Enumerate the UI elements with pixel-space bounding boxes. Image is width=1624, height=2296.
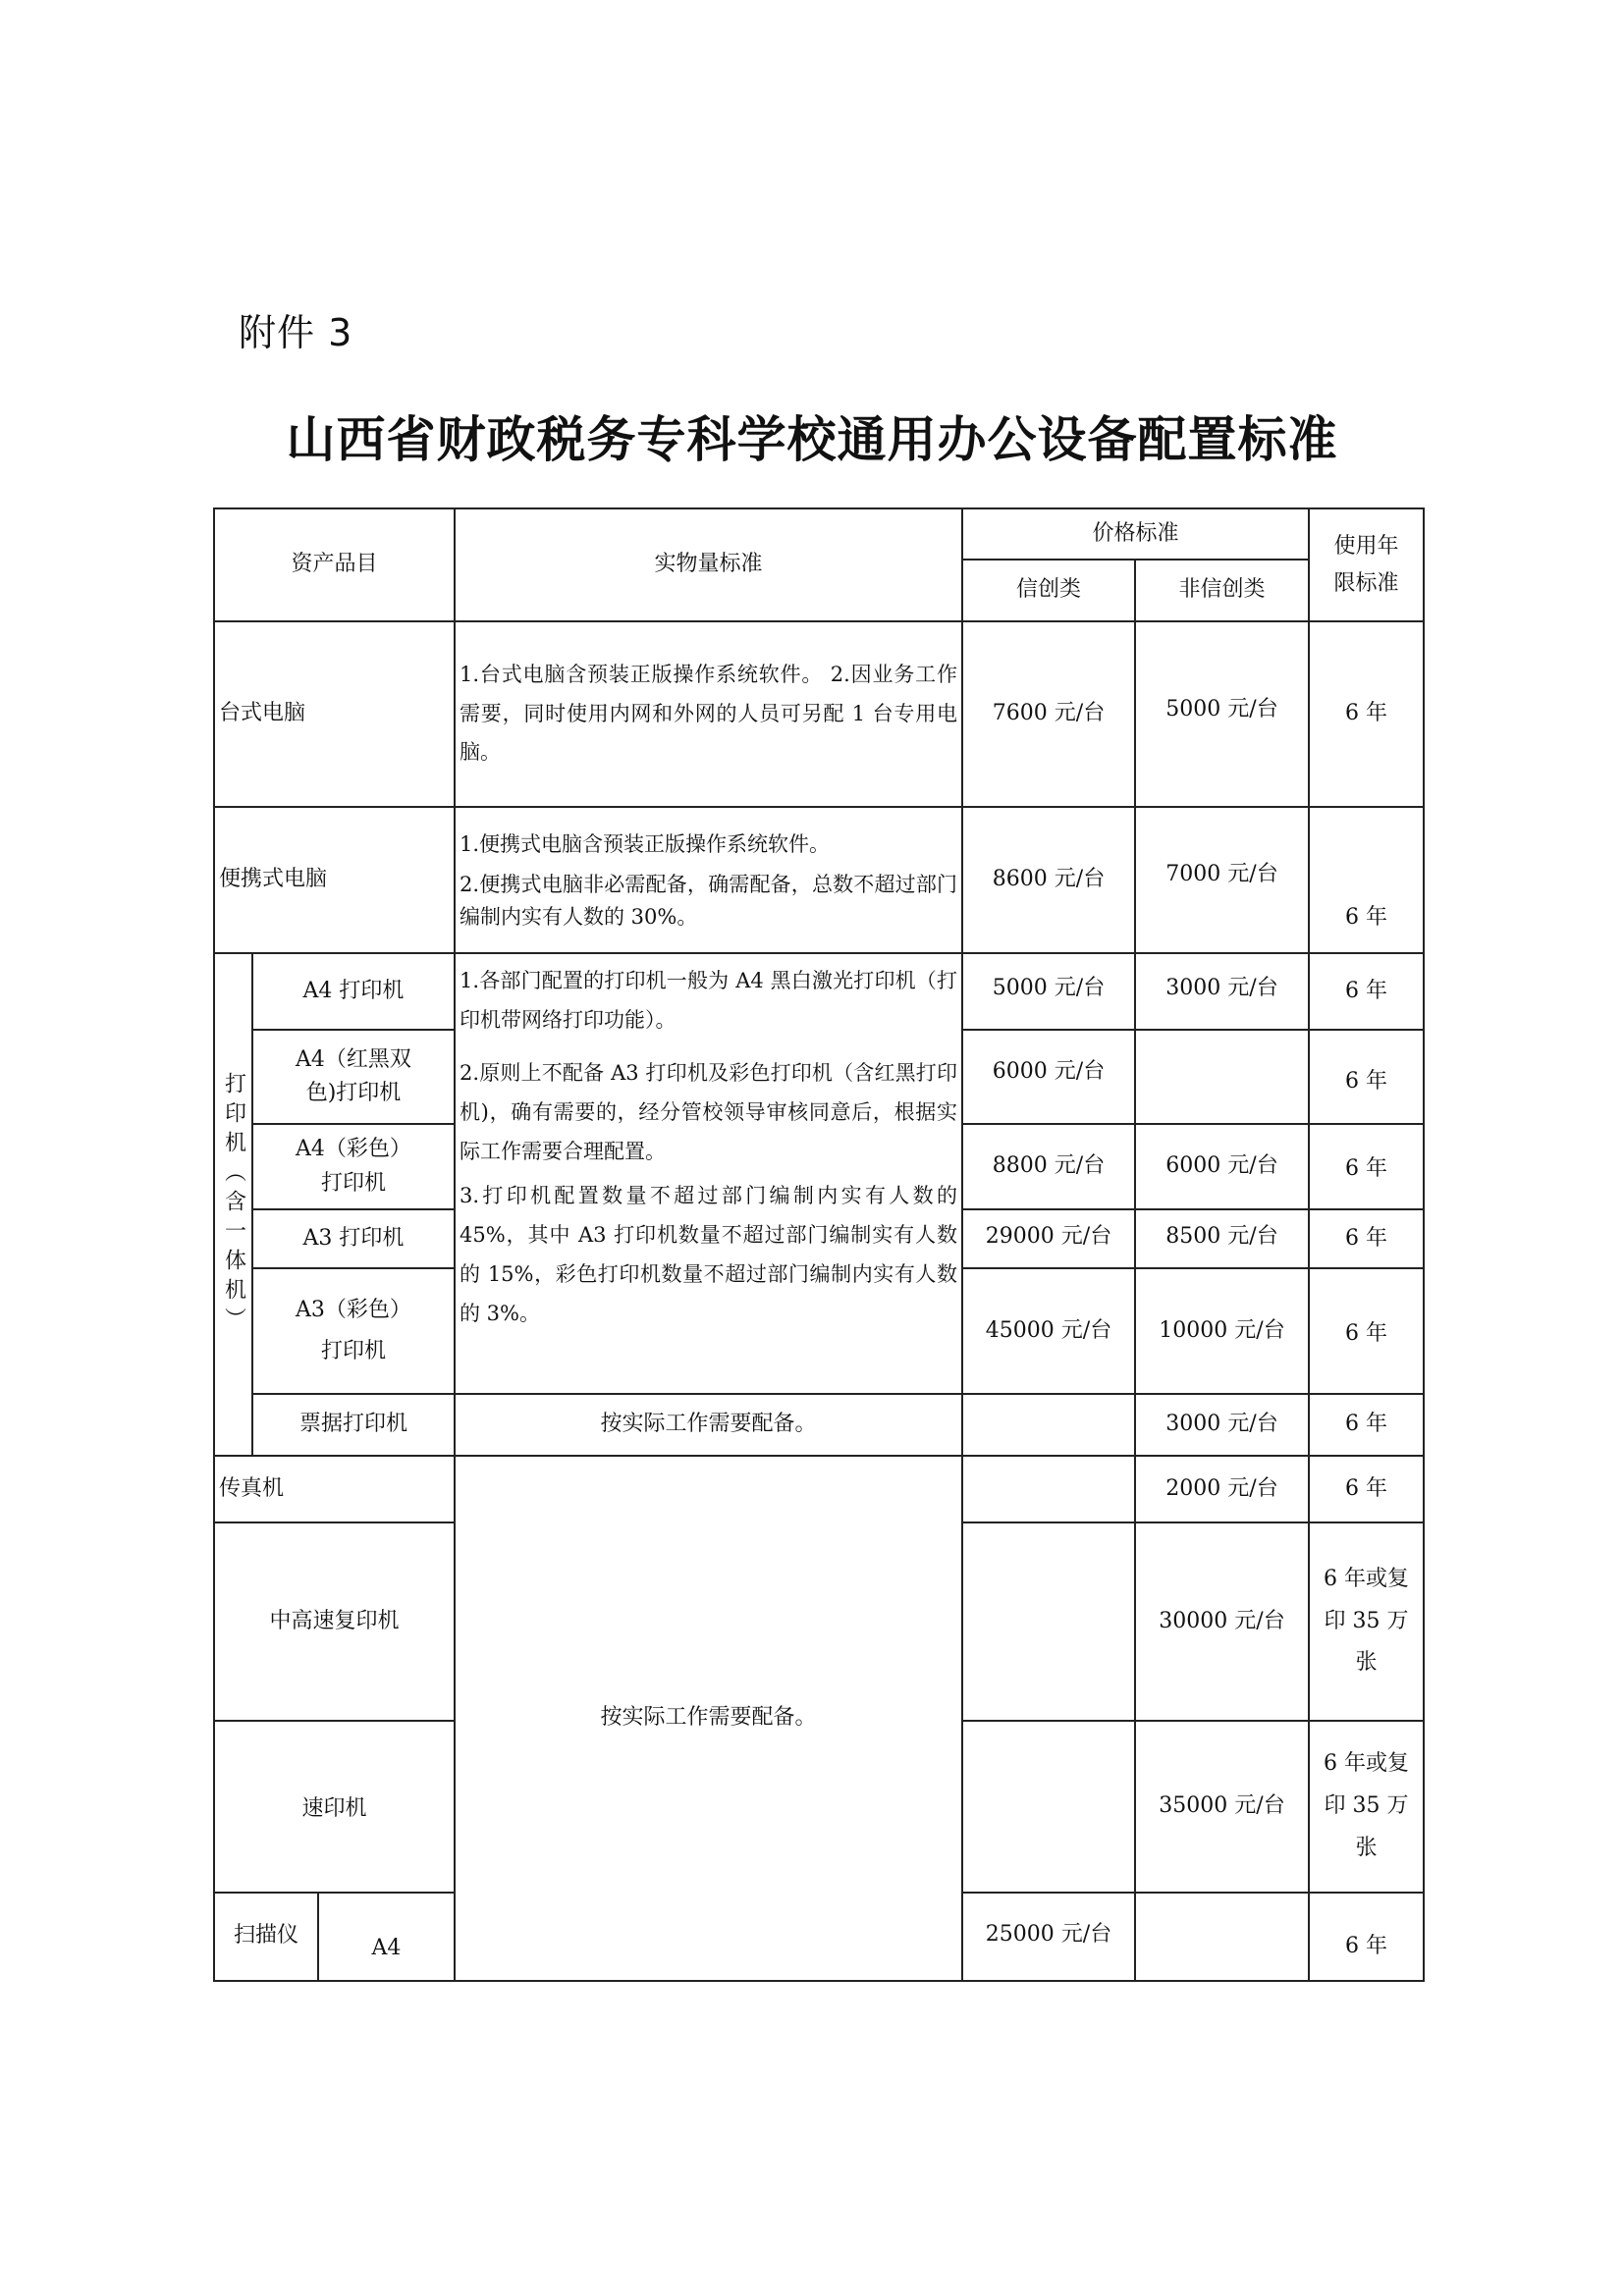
fax-non-xinchuang: 2000 元/台 <box>1134 1455 1310 1523</box>
printer-a3-non-xinchuang: 8500 元/台 <box>1134 1208 1310 1269</box>
fax-item: 传真机 <box>213 1455 456 1523</box>
row-laptop-xinchuang: 8600 元/台 <box>961 806 1136 954</box>
printer-group-label: 打印机（含一体机） <box>213 952 253 1457</box>
printer-receipt-non-xinchuang: 3000 元/台 <box>1134 1393 1310 1457</box>
printer-a3-color-life: 6 年 <box>1308 1267 1425 1395</box>
header-physical-standard: 实物量标准 <box>454 507 963 622</box>
row-desktop-item: 台式电脑 <box>213 620 456 808</box>
header-xinchuang: 信创类 <box>961 559 1136 622</box>
printer-a4-life: 6 年 <box>1308 952 1425 1031</box>
fax-life: 6 年 <box>1308 1455 1425 1523</box>
row-laptop-non-xinchuang: 7000 元/台 <box>1134 806 1310 954</box>
printer-a3-color-item: A3（彩色）打印机 <box>251 1267 456 1395</box>
header-non-xinchuang: 非信创类 <box>1134 559 1310 622</box>
scanner-non-xinchuang <box>1134 1892 1310 1982</box>
printer-receipt-standard: 按实际工作需要配备。 <box>454 1393 963 1457</box>
row-desktop-life: 6 年 <box>1308 620 1425 808</box>
document-title: 山西省财政税务专科学校通用办公设备配置标准 <box>0 400 1624 471</box>
printer-a4-redblack-xinchuang: 6000 元/台 <box>961 1029 1136 1125</box>
copier-life: 6 年或复印 35 万张 <box>1308 1522 1425 1722</box>
printer-receipt-xinchuang <box>961 1393 1136 1457</box>
printer-a4-redblack-life: 6 年 <box>1308 1029 1425 1125</box>
printer-a4-redblack-non-xinchuang <box>1134 1029 1310 1125</box>
printer-a3-xinchuang: 29000 元/台 <box>961 1208 1136 1269</box>
header-asset-item: 资产品目 <box>213 507 456 622</box>
laptop-standard-line-1: 1.便携式电脑含预装正版操作系统软件。 <box>460 826 957 865</box>
header-price-standard: 价格标准 <box>961 507 1310 561</box>
printer-a3-color-xinchuang: 45000 元/台 <box>961 1267 1136 1395</box>
printer-group-standard: 1.各部门配置的打印机一般为 A4 黑白激光打印机（打印机带网络打印功能）。 2… <box>454 952 963 1395</box>
copier-xinchuang <box>961 1522 1136 1722</box>
printer-receipt-item: 票据打印机 <box>251 1393 456 1457</box>
annex-label: 附件 3 <box>239 302 352 356</box>
header-service-life: 使用年限标准 <box>1308 507 1425 622</box>
printer-a4-color-life: 6 年 <box>1308 1123 1425 1210</box>
scanner-sub-item: A4 <box>317 1892 456 1982</box>
printer-a3-color-non-xinchuang: 10000 元/台 <box>1134 1267 1310 1395</box>
laptop-standard-line-2: 2.便携式电脑非必需配备，确需配备，总数不超过部门编制内实有人数的 30%。 <box>460 869 957 934</box>
scanner-life: 6 年 <box>1308 1892 1425 1982</box>
duplicator-non-xinchuang: 35000 元/台 <box>1134 1720 1310 1894</box>
copier-non-xinchuang: 30000 元/台 <box>1134 1522 1310 1722</box>
printer-standard-line-1: 1.各部门配置的打印机一般为 A4 黑白激光打印机（打印机带网络打印功能）。 <box>460 962 957 1041</box>
printer-a4-color-xinchuang: 8800 元/台 <box>961 1123 1136 1210</box>
printer-standard-line-2: 2.原则上不配备 A3 打印机及彩色打印机（含红黑打印机)，确有需要的，经分管校… <box>460 1054 957 1172</box>
printer-a3-item: A3 打印机 <box>251 1208 456 1269</box>
duplicator-item: 速印机 <box>213 1720 456 1894</box>
printer-a4-color-item: A4（彩色）打印机 <box>251 1123 456 1210</box>
row-laptop-standard: 1.便携式电脑含预装正版操作系统软件。 2.便携式电脑非必需配备，确需配备，总数… <box>454 806 963 954</box>
duplicator-life: 6 年或复印 35 万张 <box>1308 1720 1425 1894</box>
fax-xinchuang <box>961 1455 1136 1523</box>
printer-a3-life: 6 年 <box>1308 1208 1425 1269</box>
printer-standard-line-3: 3.打印机配置数量不超过部门编制内实有人数的 45%，其中 A3 打印机数量不超… <box>460 1177 957 1334</box>
other-shared-standard: 按实际工作需要配备。 <box>454 1455 963 1982</box>
scanner-item: 扫描仪 <box>213 1892 319 1982</box>
row-desktop-non-xinchuang: 5000 元/台 <box>1134 620 1310 808</box>
printer-a4-non-xinchuang: 3000 元/台 <box>1134 952 1310 1031</box>
printer-receipt-life: 6 年 <box>1308 1393 1425 1457</box>
printer-a4-xinchuang: 5000 元/台 <box>961 952 1136 1031</box>
row-desktop-xinchuang: 7600 元/台 <box>961 620 1136 808</box>
row-laptop-item: 便携式电脑 <box>213 806 456 954</box>
printer-a4-redblack-item: A4（红黑双色)打印机 <box>251 1029 456 1125</box>
scanner-xinchuang: 25000 元/台 <box>961 1892 1136 1982</box>
row-desktop-standard: 1.台式电脑含预装正版操作系统软件。 2.因业务工作需要，同时使用内网和外网的人… <box>454 620 963 808</box>
printer-a4-item: A4 打印机 <box>251 952 456 1031</box>
duplicator-xinchuang <box>961 1720 1136 1894</box>
printer-a4-color-non-xinchuang: 6000 元/台 <box>1134 1123 1310 1210</box>
copier-item: 中高速复印机 <box>213 1522 456 1722</box>
row-laptop-life: 6 年 <box>1308 806 1425 954</box>
